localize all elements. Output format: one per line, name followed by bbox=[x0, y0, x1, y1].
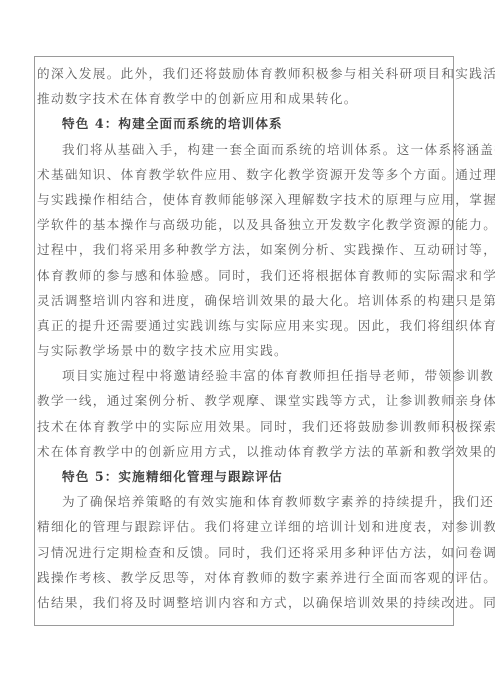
paragraph-line: 习情况进行定期检查和反馈。同时，我们还将采用多种评估方法，如问卷调查、实 bbox=[37, 540, 451, 565]
paragraph-line: 推动数字技术在体育教学中的创新应用和成果转化。 bbox=[37, 86, 451, 111]
paragraph-line: 我们将从基础入手，构建一套全面而系统的培训体系。这一体系将涵盖数字技 bbox=[37, 137, 451, 162]
document-page-frame: 的深入发展。此外，我们还将鼓励体育教师积极参与相关科研项目和实践活动，以 推动数… bbox=[34, 56, 454, 626]
paragraph-line: 与实践操作相结合，使体育教师能够深入理解数字技术的原理与应用，掌握体育教 bbox=[37, 187, 451, 212]
paragraph-line: 与实际教学场景中的数字技术应用实践。 bbox=[37, 338, 451, 363]
paragraph-line: 估结果，我们将及时调整培训内容和方式，以确保培训效果的持续改进。同时，我 bbox=[37, 590, 451, 615]
paragraph-line: 体育教师的参与感和体验感。同时，我们还将根据体育教师的实际需求和学习进度， bbox=[37, 263, 451, 288]
paragraph-line: 灵活调整培训内容和进度，确保培训效果的最大化。培训体系的构建只是第一步， bbox=[37, 288, 451, 313]
paragraph-line: 教学一线，通过案例分析、教学观摩、课堂实践等方式，让参训教师亲身体验数字 bbox=[37, 388, 451, 413]
paragraph-line: 为了确保培养策略的有效实施和体育教师数字素养的持续提升，我们还将实施 bbox=[37, 489, 451, 514]
paragraph-line: 精细化的管理与跟踪评估。我们将建立详细的培训计划和进度表，对参训教师的学 bbox=[37, 514, 451, 539]
section-heading-feature-4: 特色 4：构建全面而系统的培训体系 bbox=[37, 111, 451, 136]
paragraph-line: 术在体育教学中的创新应用方式，以推动体育教学方法的革新和教学效果的提升。 bbox=[37, 439, 451, 464]
document-body: 的深入发展。此外，我们还将鼓励体育教师积极参与相关科研项目和实践活动，以 推动数… bbox=[37, 61, 451, 615]
paragraph-line: 过程中，我们将采用多种教学方法，如案例分析、实践操作、互动研讨等，以增强 bbox=[37, 237, 451, 262]
paragraph-line: 项目实施过程中将邀请经验丰富的体育教师担任指导老师，带领参训教师深入 bbox=[37, 363, 451, 388]
paragraph-line: 践操作考核、教学反思等，对体育教师的数字素养进行全面而客观的评估。根据评 bbox=[37, 565, 451, 590]
paragraph-line: 学软件的基本操作与高级功能，以及具备独立开发数字化教学资源的能力。在培训 bbox=[37, 212, 451, 237]
paragraph-line: 的深入发展。此外，我们还将鼓励体育教师积极参与相关科研项目和实践活动，以 bbox=[37, 61, 451, 86]
paragraph-line: 术基础知识、体育教学软件应用、数字化教学资源开发等多个方面。通过理论学习 bbox=[37, 162, 451, 187]
paragraph-line: 真正的提升还需要通过实践训练与实际应用来实现。因此，我们将组织体育教师参 bbox=[37, 313, 451, 338]
paragraph-line: 技术在体育教学中的实际应用效果。同时，我们还将鼓励参训教师积极探索数字技 bbox=[37, 414, 451, 439]
section-heading-feature-5: 特色 5：实施精细化管理与跟踪评估 bbox=[37, 464, 451, 489]
